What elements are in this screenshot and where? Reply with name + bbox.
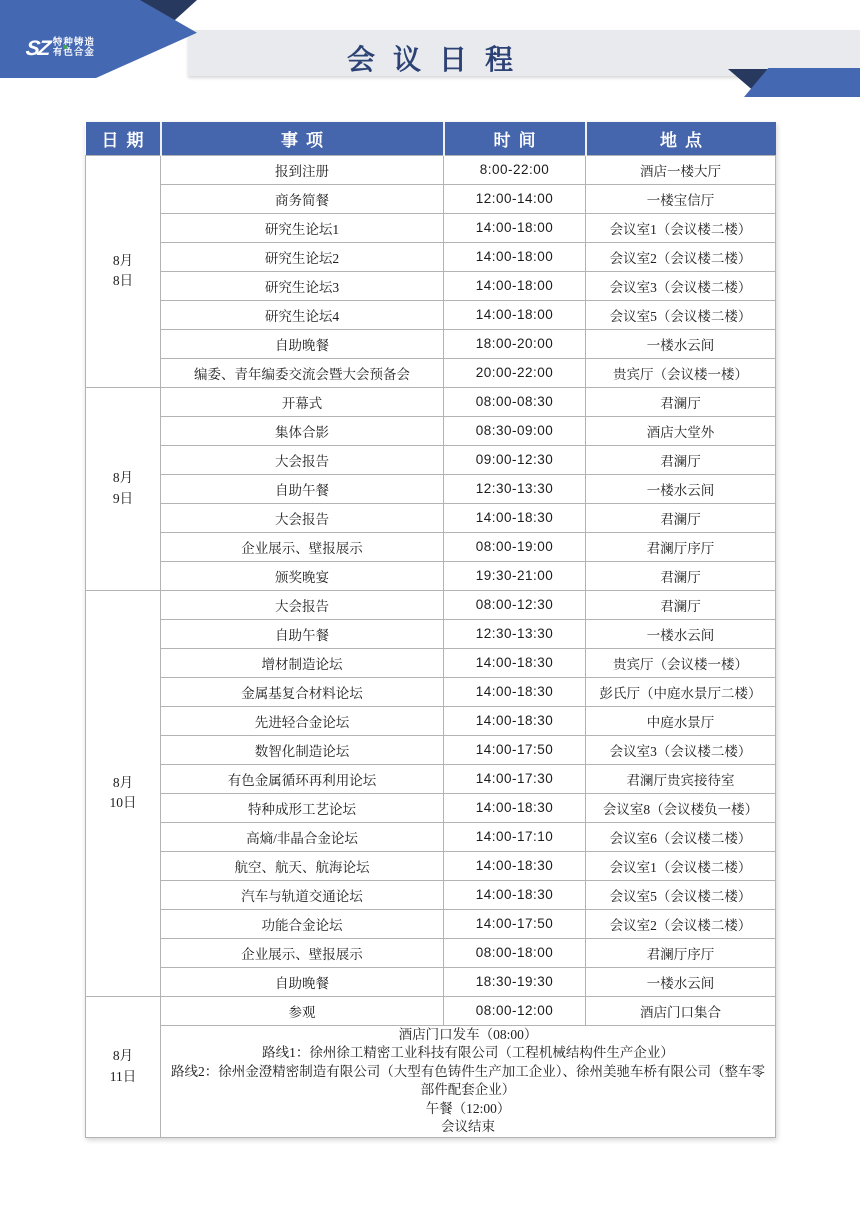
event-cell: 高熵/非晶合金论坛 (161, 822, 444, 851)
time-cell: 14:00-17:50 (444, 735, 586, 764)
time-cell: 14:00-17:30 (444, 764, 586, 793)
event-cell: 企业展示、壁报展示 (161, 532, 444, 561)
event-cell: 特种成形工艺论坛 (161, 793, 444, 822)
event-cell: 自助晚餐 (161, 967, 444, 996)
logo-text-line2: 有色合金 (53, 48, 95, 58)
date-cell: 8月 8日 (86, 155, 161, 387)
table-row: 大会报告09:00-12:30君澜厅 (86, 445, 776, 474)
time-cell: 19:30-21:00 (444, 561, 586, 590)
time-cell: 14:00-18:00 (444, 300, 586, 329)
table-row: 有色金属循环再利用论坛14:00-17:30君澜厅贵宾接待室 (86, 764, 776, 793)
table-row: 商务简餐12:00-14:00一楼宝信厅 (86, 184, 776, 213)
venue-cell: 君澜厅 (586, 387, 776, 416)
table-row: 研究生论坛114:00-18:00会议室1（会议楼二楼） (86, 213, 776, 242)
venue-cell: 彭氏厅（中庭水景厅二楼） (586, 677, 776, 706)
note-line: 酒店门口发车（08:00） (165, 1026, 771, 1045)
logo-text: 特种铸造 有色合金 (53, 38, 95, 58)
time-cell: 20:00-22:00 (444, 358, 586, 387)
time-cell: 08:00-08:30 (444, 387, 586, 416)
table-row: 酒店门口发车（08:00）路线1：徐州徐工精密工业科技有限公司（工程机械结构件生… (86, 1025, 776, 1137)
event-cell: 数智化制造论坛 (161, 735, 444, 764)
table-row: 航空、航天、航海论坛14:00-18:30会议室1（会议楼二楼） (86, 851, 776, 880)
table-row: 研究生论坛214:00-18:00会议室2（会议楼二楼） (86, 242, 776, 271)
time-cell: 18:00-20:00 (444, 329, 586, 358)
event-cell: 大会报告 (161, 445, 444, 474)
venue-cell: 一楼水云间 (586, 474, 776, 503)
time-cell: 14:00-17:50 (444, 909, 586, 938)
venue-cell: 中庭水景厅 (586, 706, 776, 735)
column-header-venue: 地点 (586, 122, 776, 155)
table-row: 自助午餐12:30-13:30一楼水云间 (86, 619, 776, 648)
time-cell: 14:00-18:30 (444, 880, 586, 909)
venue-cell: 贵宾厅（会议楼一楼） (586, 648, 776, 677)
note-line: 路线2：徐州金澄精密制造有限公司（大型有色铸件生产加工企业）、徐州美驰车桥有限公… (165, 1063, 771, 1100)
event-cell: 自助晚餐 (161, 329, 444, 358)
venue-cell: 会议室1（会议楼二楼） (586, 213, 776, 242)
time-cell: 08:00-18:00 (444, 938, 586, 967)
venue-cell: 君澜厅 (586, 503, 776, 532)
table-row: 增材制造论坛14:00-18:30贵宾厅（会议楼一楼） (86, 648, 776, 677)
venue-cell: 酒店一楼大厅 (586, 155, 776, 184)
venue-cell: 会议室2（会议楼二楼） (586, 242, 776, 271)
venue-cell: 一楼水云间 (586, 619, 776, 648)
table-row: 特种成形工艺论坛14:00-18:30会议室8（会议楼负一楼） (86, 793, 776, 822)
event-cell: 功能合金论坛 (161, 909, 444, 938)
time-cell: 14:00-17:10 (444, 822, 586, 851)
time-cell: 08:00-12:30 (444, 590, 586, 619)
venue-cell: 会议室1（会议楼二楼） (586, 851, 776, 880)
schedule-table: 日期事项时间地点 8月 8日报到注册8:00-22:00酒店一楼大厅商务简餐12… (85, 122, 776, 1138)
logo-green-dot-icon (63, 45, 67, 49)
table-row: 大会报告14:00-18:30君澜厅 (86, 503, 776, 532)
venue-cell: 酒店大堂外 (586, 416, 776, 445)
venue-cell: 君澜厅 (586, 445, 776, 474)
venue-cell: 会议室5（会议楼二楼） (586, 300, 776, 329)
time-cell: 8:00-22:00 (444, 155, 586, 184)
venue-cell: 会议室3（会议楼二楼） (586, 735, 776, 764)
venue-cell: 一楼水云间 (586, 329, 776, 358)
event-cell: 大会报告 (161, 590, 444, 619)
table-row: 8月 8日报到注册8:00-22:00酒店一楼大厅 (86, 155, 776, 184)
time-cell: 14:00-18:00 (444, 242, 586, 271)
event-cell: 自助午餐 (161, 619, 444, 648)
table-row: 自助午餐12:30-13:30一楼水云间 (86, 474, 776, 503)
table-row: 功能合金论坛14:00-17:50会议室2（会议楼二楼） (86, 909, 776, 938)
table-row: 研究生论坛314:00-18:00会议室3（会议楼二楼） (86, 271, 776, 300)
column-header-date: 日期 (86, 122, 161, 155)
table-row: 颁奖晚宴19:30-21:00君澜厅 (86, 561, 776, 590)
event-cell: 参观 (161, 996, 444, 1025)
venue-cell: 会议室6（会议楼二楼） (586, 822, 776, 851)
time-cell: 08:00-12:00 (444, 996, 586, 1025)
note-line: 会议结束 (165, 1118, 771, 1137)
note-cell: 酒店门口发车（08:00）路线1：徐州徐工精密工业科技有限公司（工程机械结构件生… (161, 1025, 776, 1137)
venue-cell: 会议室3（会议楼二楼） (586, 271, 776, 300)
event-cell: 研究生论坛2 (161, 242, 444, 271)
table-row: 8月 10日大会报告08:00-12:30君澜厅 (86, 590, 776, 619)
venue-cell: 酒店门口集合 (586, 996, 776, 1025)
time-cell: 14:00-18:00 (444, 271, 586, 300)
table-row: 编委、青年编委交流会暨大会预备会20:00-22:00贵宾厅（会议楼一楼） (86, 358, 776, 387)
venue-cell: 君澜厅 (586, 561, 776, 590)
table-row: 先进轻合金论坛14:00-18:30中庭水景厅 (86, 706, 776, 735)
venue-cell: 君澜厅序厅 (586, 532, 776, 561)
event-cell: 报到注册 (161, 155, 444, 184)
table-row: 高熵/非晶合金论坛14:00-17:10会议室6（会议楼二楼） (86, 822, 776, 851)
event-cell: 颁奖晚宴 (161, 561, 444, 590)
time-cell: 14:00-18:30 (444, 503, 586, 532)
event-cell: 商务简餐 (161, 184, 444, 213)
date-cell: 8月 10日 (86, 590, 161, 996)
time-cell: 12:00-14:00 (444, 184, 586, 213)
column-header-time: 时间 (444, 122, 586, 155)
org-logo: SZ 特种铸造 有色合金 (26, 31, 146, 65)
event-cell: 研究生论坛3 (161, 271, 444, 300)
time-cell: 08:00-19:00 (444, 532, 586, 561)
table-row: 金属基复合材料论坛14:00-18:30彭氏厅（中庭水景厅二楼） (86, 677, 776, 706)
time-cell: 14:00-18:30 (444, 677, 586, 706)
event-cell: 编委、青年编委交流会暨大会预备会 (161, 358, 444, 387)
table-row: 8月 9日开幕式08:00-08:30君澜厅 (86, 387, 776, 416)
table-row: 集体合影08:30-09:00酒店大堂外 (86, 416, 776, 445)
time-cell: 14:00-18:30 (444, 706, 586, 735)
venue-cell: 君澜厅 (586, 590, 776, 619)
note-line: 午餐（12:00） (165, 1100, 771, 1119)
column-header-event: 事项 (161, 122, 444, 155)
venue-cell: 会议室2（会议楼二楼） (586, 909, 776, 938)
venue-cell: 君澜厅序厅 (586, 938, 776, 967)
table-row: 自助晚餐18:30-19:30一楼水云间 (86, 967, 776, 996)
event-cell: 开幕式 (161, 387, 444, 416)
event-cell: 研究生论坛1 (161, 213, 444, 242)
table-row: 自助晚餐18:00-20:00一楼水云间 (86, 329, 776, 358)
time-cell: 18:30-19:30 (444, 967, 586, 996)
table-row: 研究生论坛414:00-18:00会议室5（会议楼二楼） (86, 300, 776, 329)
venue-cell: 一楼宝信厅 (586, 184, 776, 213)
time-cell: 08:30-09:00 (444, 416, 586, 445)
date-cell: 8月 9日 (86, 387, 161, 590)
event-cell: 汽车与轨道交通论坛 (161, 880, 444, 909)
table-row: 8月 11日参观08:00-12:00酒店门口集合 (86, 996, 776, 1025)
time-cell: 12:30-13:30 (444, 619, 586, 648)
venue-cell: 一楼水云间 (586, 967, 776, 996)
event-cell: 金属基复合材料论坛 (161, 677, 444, 706)
event-cell: 增材制造论坛 (161, 648, 444, 677)
event-cell: 航空、航天、航海论坛 (161, 851, 444, 880)
event-cell: 有色金属循环再利用论坛 (161, 764, 444, 793)
date-cell: 8月 11日 (86, 996, 161, 1137)
table-row: 数智化制造论坛14:00-17:50会议室3（会议楼二楼） (86, 735, 776, 764)
event-cell: 研究生论坛4 (161, 300, 444, 329)
table-row: 企业展示、壁报展示08:00-18:00君澜厅序厅 (86, 938, 776, 967)
event-cell: 自助午餐 (161, 474, 444, 503)
schedule-table-header: 日期事项时间地点 (86, 122, 776, 155)
time-cell: 14:00-18:00 (444, 213, 586, 242)
time-cell: 09:00-12:30 (444, 445, 586, 474)
venue-cell: 贵宾厅（会议楼一楼） (586, 358, 776, 387)
venue-cell: 会议室8（会议楼负一楼） (586, 793, 776, 822)
venue-cell: 会议室5（会议楼二楼） (586, 880, 776, 909)
venue-cell: 君澜厅贵宾接待室 (586, 764, 776, 793)
event-cell: 企业展示、壁报展示 (161, 938, 444, 967)
event-cell: 集体合影 (161, 416, 444, 445)
time-cell: 14:00-18:30 (444, 648, 586, 677)
time-cell: 14:00-18:30 (444, 851, 586, 880)
time-cell: 12:30-13:30 (444, 474, 586, 503)
note-line: 路线1：徐州徐工精密工业科技有限公司（工程机械结构件生产企业） (165, 1044, 771, 1063)
event-cell: 先进轻合金论坛 (161, 706, 444, 735)
table-row: 汽车与轨道交通论坛14:00-18:30会议室5（会议楼二楼） (86, 880, 776, 909)
time-cell: 14:00-18:30 (444, 793, 586, 822)
table-row: 企业展示、壁报展示08:00-19:00君澜厅序厅 (86, 532, 776, 561)
event-cell: 大会报告 (161, 503, 444, 532)
logo-monogram-icon: SZ (25, 38, 51, 59)
